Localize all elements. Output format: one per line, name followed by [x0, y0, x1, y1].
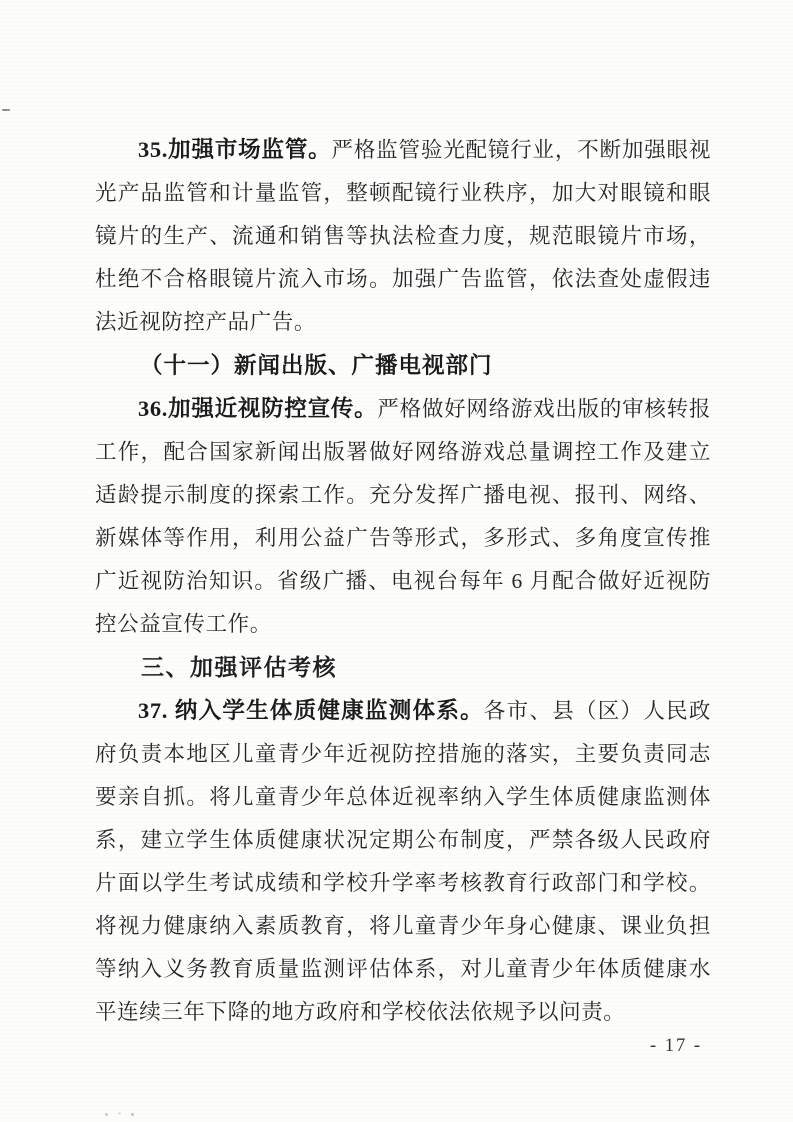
paragraph-36: 36.加强近视防控宣传。严格做好网络游戏出版的审核转报工作，配合国家新闻出版署做…: [95, 387, 711, 646]
paragraph-36-lead: 36.加强近视防控宣传。: [138, 396, 377, 421]
page-number: - 17 -: [636, 1036, 716, 1057]
paragraph-36-text: 严格做好网络游戏出版的审核转报工作，配合国家新闻出版署做好网络游戏总量调控工作及…: [95, 397, 711, 636]
section-heading-three: 三、加强评估考核: [95, 646, 711, 689]
scan-artifact-dash: [2, 109, 10, 111]
paragraph-35-text: 严格监管验光配镜行业，不断加强眼视光产品监管和计量监管，整顿配镜行业秩序，加大对…: [95, 138, 711, 334]
paragraph-37-lead: 37. 纳入学生体质健康监测体系。: [138, 698, 484, 723]
document-body: 35.加强市场监管。严格监管验光配镜行业，不断加强眼视光产品监管和计量监管，整顿…: [95, 128, 711, 1034]
section-heading-eleven: （十一）新闻出版、广播电视部门: [95, 344, 711, 387]
paragraph-35: 35.加强市场监管。严格监管验光配镜行业，不断加强眼视光产品监管和计量监管，整顿…: [95, 128, 711, 344]
scanned-document-page: 35.加强市场监管。严格监管验光配镜行业，不断加强眼视光产品监管和计量监管，整顿…: [0, 0, 793, 1122]
paragraph-37: 37. 纳入学生体质健康监测体系。各市、县（区）人民政府负责本地区儿童青少年近视…: [95, 689, 711, 1034]
scan-artifact-speck: [131, 1113, 134, 1116]
paragraph-35-lead: 35.加强市场监管。: [138, 137, 332, 162]
paragraph-37-text: 各市、县（区）人民政府负责本地区儿童青少年近视防控措施的落实，主要负责同志要亲自…: [95, 699, 711, 1024]
